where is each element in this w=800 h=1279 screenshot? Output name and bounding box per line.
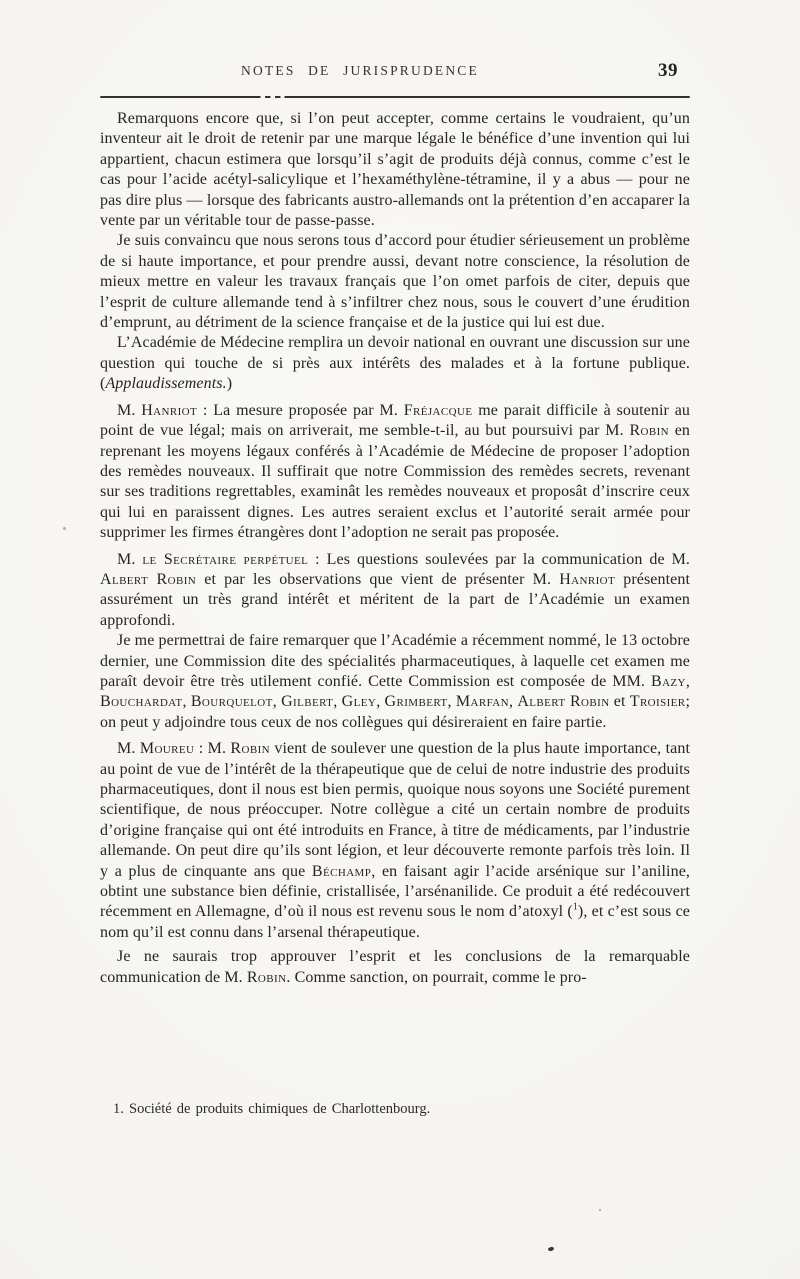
text-segment: , [448,693,456,710]
page-number: 39 [658,60,678,82]
footnote: 1. Société de produits chimiques de Char… [113,1100,673,1119]
person-name: Marfan [456,693,509,710]
person-name: Hanriot [559,571,615,588]
person-name: Béchamp [312,863,371,880]
paragraph: Je ne saurais trop approuver l’esprit et… [100,947,690,988]
text-segment: et par les observations que vient de pré… [196,571,559,588]
text-segment: en reprenant les moyens légaux conférés … [100,422,690,541]
scan-speck [548,1246,555,1251]
paragraph: Je suis convaincu que nous serons tous d… [100,231,690,333]
text-segment: , [333,693,341,710]
text-segment: , [183,693,191,710]
person-name: Robin [230,740,270,757]
person-name: Bouchardat [100,693,183,710]
person-name: Robin [629,422,669,439]
paragraph: M. le Secrétaire perpétuel : Les questio… [100,550,690,632]
header-rule [100,96,690,98]
text-segment: ) [227,375,232,392]
text-segment: , [376,693,384,710]
text-segment: Je me permettrai de faire remarquer que … [100,632,690,690]
running-title: NOTES DE JURISPRUDENCE [100,63,620,79]
person-name: Troisier [630,693,686,710]
text-segment: . Comme sanction, on pourrait, comme le … [286,969,586,986]
paragraph: M. Hanriot : La mesure proposée par M. F… [100,401,690,544]
text-segment: : M. [194,740,230,757]
person-name: Fréjacque [404,402,473,419]
person-name: le Secrétaire perpétuel [142,551,308,568]
person-name: Bourquelot [191,693,273,710]
page-header: NOTES DE JURISPRUDENCE 39 [100,60,690,86]
paragraph: M. Moureu : M. Robin vient de soulever u… [100,739,690,943]
person-name: Hanriot [141,402,197,419]
scan-speck [63,527,66,530]
text-segment: : Les questions soulevées par la communi… [308,551,690,568]
person-name: Gley [342,693,377,710]
text-segment: M. [117,402,141,419]
scan-speck [599,1209,601,1211]
person-name: Albert Robin [517,693,609,710]
text-segment: vient de soulever une question de la plu… [100,740,690,879]
text-segment: : La mesure proposée par M. [197,402,404,419]
paragraph: Je me permettrai de faire remarquer que … [100,631,690,733]
paragraph: Remarquons encore que, si l’on peut acce… [100,109,690,231]
text-segment: Je suis convaincu que nous serons tous d… [100,232,690,331]
text-segment: , [273,693,281,710]
text-segment: , [686,673,690,690]
text-segment: M. [117,551,142,568]
person-name: Albert Robin [100,571,196,588]
person-name: Gilbert [281,693,333,710]
text-segment: M. [117,740,140,757]
person-name: Moureu [140,740,195,757]
person-name: Bazy [651,673,686,690]
text-segment: Remarquons encore que, si l’on peut acce… [100,110,690,229]
document-page: NOTES DE JURISPRUDENCE 39 Remarquons enc… [0,0,800,1279]
italic-text: Applaudissements. [105,375,226,392]
body-text: Remarquons encore que, si l’on peut acce… [100,109,690,988]
paragraph: L’Académie de Médecine remplira un devoi… [100,333,690,394]
person-name: Grimbert [385,693,448,710]
text-segment: et [610,693,630,710]
person-name: Robin [247,969,287,986]
